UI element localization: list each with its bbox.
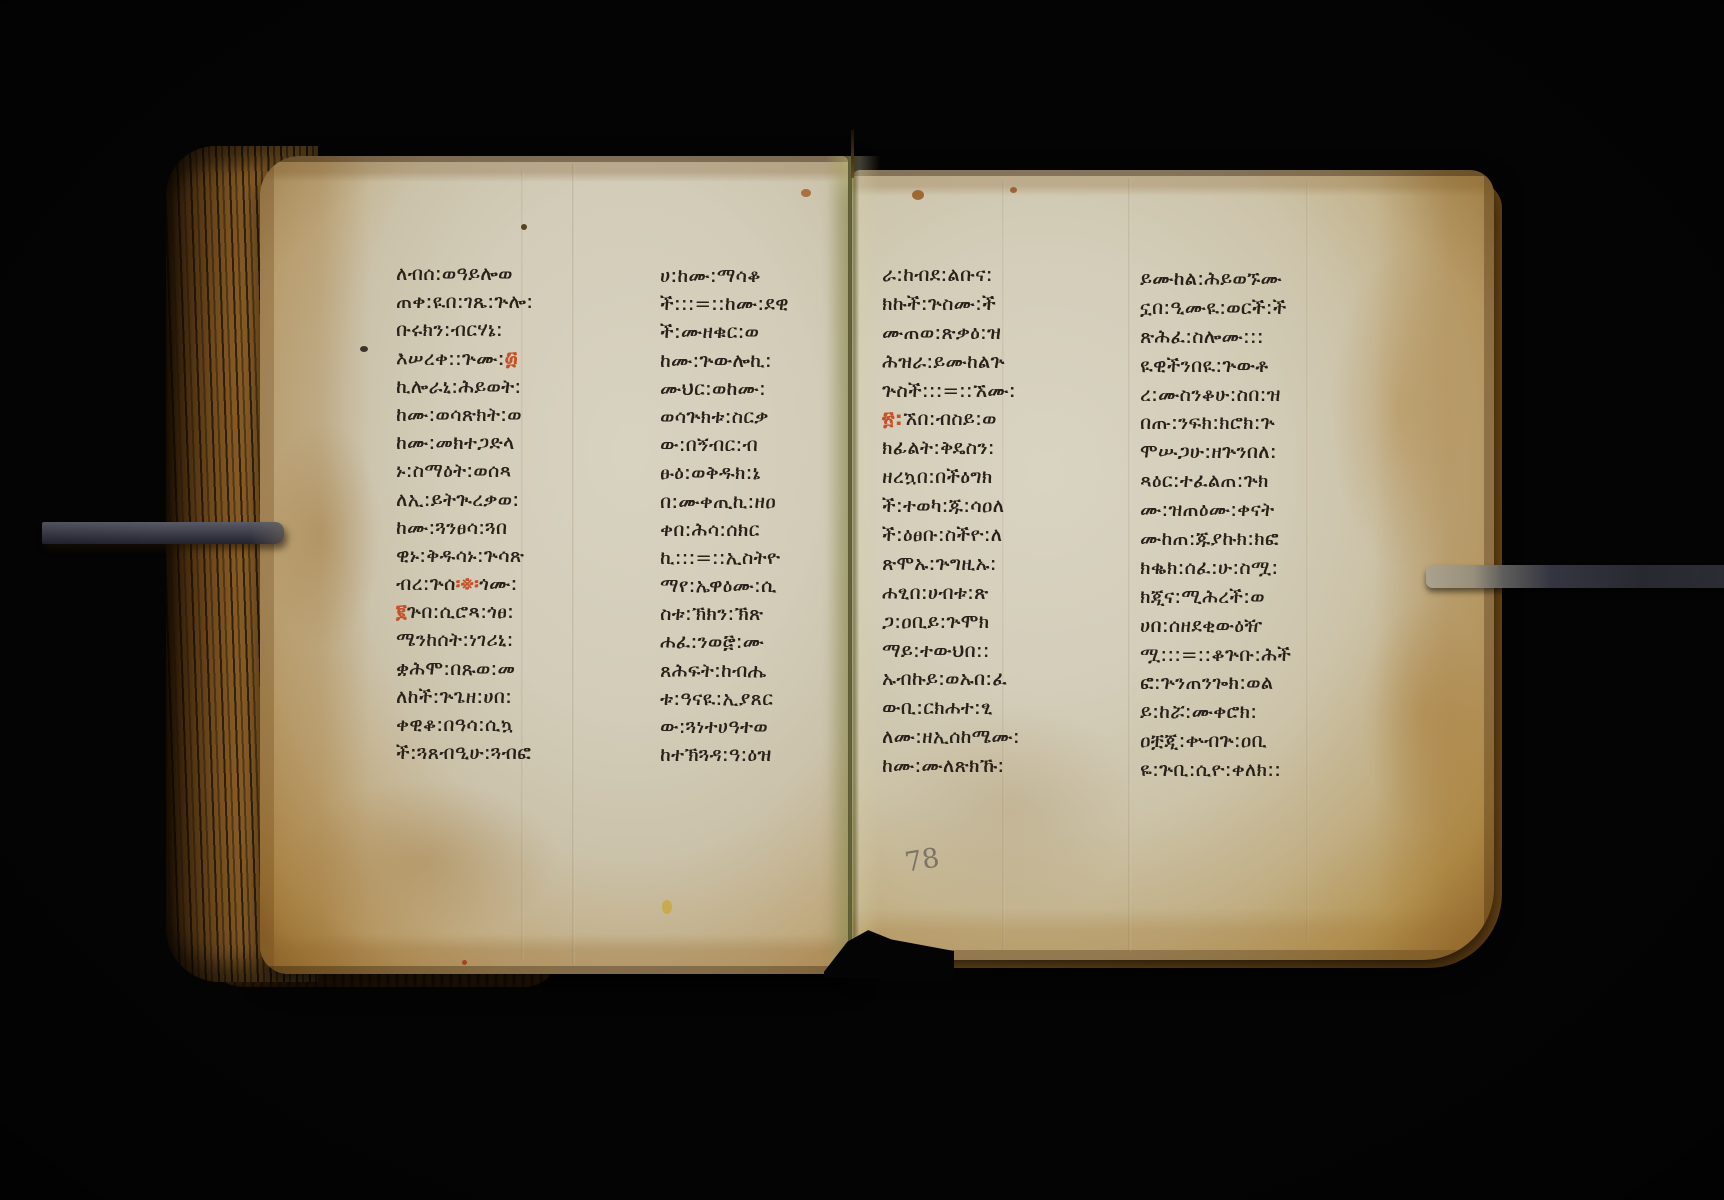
- ink-text: እሠረቀ::ጕሙ:: [396, 348, 505, 370]
- manuscript-text-line: ክኩች:ጕስሙ:ች: [882, 290, 1020, 319]
- manuscript-text-line: ቱ:ዓናዪ:ኢያጸር: [660, 685, 789, 713]
- ink-text: ሀ:ከሙ:ማሳቆ: [660, 265, 761, 287]
- ink-text: ሕዝራ:ይሙከልጕ: [882, 351, 1005, 373]
- manuscript-text-line: ጽሞኡ:ጕግዚኡ:: [882, 550, 1020, 579]
- folio-number-pencil: 78: [903, 843, 942, 879]
- manuscript-column-left-1: ለብሰ:ወዓይሎወጠቀ:ዪበ:ገጼ:ጕሎ:ቡሩክን:ብርሃኔ:እሠረቀ::ጕሙ:…: [396, 260, 533, 767]
- manuscript-text-line: ሐፈ:ንወ፸:ሙ: [660, 628, 789, 656]
- manuscript-text-line: ወሳጕክቱ:ስርቃ: [660, 403, 789, 431]
- ink-text: ማይ:ተውህበ::: [882, 640, 990, 662]
- ink-text: ው:ጓነተሀዓተወ: [660, 716, 768, 738]
- ink-text: ቀዊቆ:በዓሳ:ሲኳ: [396, 714, 513, 736]
- manuscript-text-line: ሀበ:ሰዘደቂውዕዥ: [1140, 612, 1291, 641]
- manuscript-text-line: ኑ:ስማዕት:ወሰጻ: [396, 457, 533, 485]
- manuscript-text-line: ው:ጓነተሀዓተወ: [660, 713, 789, 741]
- manuscript-column-left-2: ሀ:ከሙ:ማሳቆች:::=::ከሙ:ደዊች:ሙዘቁር:ወከሙ:ጕውሎኪ:ሙህር:…: [660, 262, 789, 769]
- ink-text: ቀበ:ሕሳ:ሰክር: [660, 519, 760, 541]
- manuscript-text-line: በጡ:ንፍክ:ክሮክ:ጕ: [1140, 409, 1291, 438]
- manuscript-text-line: እሠረቀ::ጕሙ:፴: [396, 345, 533, 373]
- manuscript-text-line: ቡሩክን:ብርሃኔ:: [396, 316, 533, 344]
- manuscript-text-line: ኪ:::=::ኢስትዮ: [660, 544, 789, 572]
- ink-text: ይ:ከሯ:ሙቀሮክ:: [1140, 701, 1257, 723]
- ink-text: ውቢ:ርክሐተ:ፂ: [882, 697, 993, 719]
- manuscript-text-line: ኗበ:ዒሙዪ:ወርች:ች: [1140, 294, 1291, 323]
- manuscript-text-line: ሙህር:ወከሙ:: [660, 375, 789, 403]
- ink-text: ኡብኩይ:ወኡበ:ፈ: [882, 668, 1007, 690]
- manuscript-text-line: ች:ሙዘቁር:ወ: [660, 318, 789, 346]
- ink-text: ጕበ:ሲሮጻ:ጎፀ:: [407, 601, 514, 623]
- manuscript-column-right-1: ራ:ከብደ:ልቡና:ክኩች:ጕስሙ:ችሙጠወ:ጽቃዕ:ዝሕዝራ:ይሙከልጕጕስች…: [882, 261, 1020, 781]
- ink-text: ሙህር:ወከሙ:: [660, 378, 766, 400]
- ink-text: ክኩች:ጕስሙ:ች: [882, 293, 996, 315]
- ink-text: ከሙ:መክተጋድላ: [396, 432, 515, 454]
- manuscript-text-line: ይሙከል:ሕይወኙሙ: [1140, 265, 1291, 294]
- manuscript-text-line: ኪሎራኒ:ሕይወት:: [396, 373, 533, 401]
- manuscript-text-line: ጋ:ዐቢይ:ጕሞክ: [882, 608, 1020, 637]
- ink-text: ጸሕፍት:ከብሔ: [660, 660, 767, 682]
- ink-text: ረ:ሙስንቆሁ:ስበ:ዝ: [1140, 384, 1281, 406]
- manuscript-text-line: ሕዝራ:ይሙከልጕ: [882, 348, 1020, 377]
- ink-text: ክቈክ:ሰፈ:ሁ:ስሟ:: [1140, 557, 1278, 579]
- ink-text: ለከች:ጕጌዘ:ሀበ:: [396, 686, 512, 708]
- manuscript-text-line: ፁዕ:ወቅዱክ:ኔ: [660, 459, 789, 487]
- manuscript-text-line: ች:ተወካ:ጁ:ሳዐለ: [882, 492, 1020, 521]
- manuscript-text-line: ሙጠወ:ጽቃዕ:ዝ: [882, 319, 1020, 348]
- ink-text: ይሙከል:ሕይወኙሙ: [1140, 268, 1282, 290]
- binding-thread: [851, 130, 854, 178]
- ink-text: ኑ:ስማዕት:ወሰጻ: [396, 460, 511, 482]
- manuscript-column-right-2: ይሙከል:ሕይወኙሙኗበ:ዒሙዪ:ወርች:ችጽሕፈ:ስሎሙ:::ዪዊችንበዪ:ጕ…: [1140, 265, 1291, 785]
- ink-text: ዘረኳበ:በችዕግክ: [882, 466, 992, 488]
- manuscript-text-line: ራ:ከብደ:ልቡና:: [882, 261, 1020, 290]
- manuscript-text-line: ሙ:ዝጠዕሙ:ቀናት: [1140, 496, 1291, 525]
- ink-text: ኗበ:ዒሙዪ:ወርች:ች: [1140, 297, 1287, 319]
- ink-text: ወሳጕክቱ:ስርቃ: [660, 406, 769, 428]
- manuscript-text-line: ፎ:ጕንጠንጐክ:ወል: [1140, 669, 1291, 698]
- manuscript-text-line: ፳:ኧበ:ብስይ:ወ: [882, 405, 1020, 434]
- ink-text: ከሙ:ጓንፀሳ:ጓበ: [396, 517, 507, 539]
- ink-text: ሟ:::=::ቆጕቡ:ሕች: [1140, 644, 1291, 666]
- ink-text: ጻዕር:ተፈልጠ:ጕክ: [1140, 470, 1269, 492]
- manuscript-text-line: ጕስች:::=::ኧሙ:: [882, 377, 1020, 406]
- ink-text: ሀበ:ሰዘደቂውዕዥ: [1140, 615, 1262, 637]
- manuscript-text-line: ብረ:ጕሰ፡፠፡ጎሙ:: [396, 570, 533, 598]
- ink-text: ሙ:ዝጠዕሙ:ቀናት: [1140, 499, 1274, 521]
- manuscript-text-line: ሟ:::=::ቆጕቡ:ሕች: [1140, 641, 1291, 670]
- ink-text: ዬ:ጕቢ:ሲዮ:ቀለክ::: [1140, 759, 1281, 781]
- manuscript-text-line: ከሙ:ጓንፀሳ:ጓበ: [396, 514, 533, 542]
- ink-text: ኪ:::=::ኢስትዮ: [660, 547, 780, 569]
- manuscript-text-line: ሞሡጋሁ:ዘጕንበለ:: [1140, 438, 1291, 467]
- manuscript-text-line: ከሙ:ጕውሎኪ:: [660, 347, 789, 375]
- ink-text: ብረ:ጕሰ: [396, 573, 456, 595]
- manuscript-text-line: ች:::=::ከሙ:ደዊ: [660, 290, 789, 318]
- manuscript-text-line: ረ:ሙስንቆሁ:ስበ:ዝ: [1140, 381, 1291, 410]
- ink-text: ው:በኝብር:ብ: [660, 434, 758, 456]
- ink-text: ፎ:ጕንጠንጐክ:ወል: [1140, 672, 1273, 694]
- manuscript-text-line: ማየ:ኤዋዕሙ:ሲ: [660, 572, 789, 600]
- manuscript-text-line: ች:ጓጸብዒሁ:ጓብፎ: [396, 739, 533, 767]
- manuscript-text-line: ሜንከሰት:ነገሪኒ:: [396, 626, 533, 654]
- ink-text: ች:::=::ከሙ:ደዊ: [660, 293, 789, 315]
- ink-text: ጠቀ:ዪበ:ገጼ:ጕሎ:: [396, 291, 533, 313]
- ink-text: ፁዕ:ወቅዱክ:ኔ: [660, 462, 761, 484]
- ink-text: ሜንከሰት:ነገሪኒ:: [396, 629, 513, 651]
- manuscript-text-line: ቀበ:ሕሳ:ሰክር: [660, 516, 789, 544]
- manuscript-text-line: ይ:ከሯ:ሙቀሮክ:: [1140, 698, 1291, 727]
- rubricated-text: ፪: [396, 601, 407, 623]
- manuscript-text-line: ጽሕፈ:ስሎሙ:::: [1140, 323, 1291, 352]
- ink-text: ጎሙ:: [479, 573, 517, 595]
- manuscript-text-line: ች:ዕፀቡ:ስችዮ:ለ: [882, 521, 1020, 550]
- ink-text: ስቱ:ኽክን:ኽጽ: [660, 603, 763, 625]
- ink-text: ለኢ:ይትጒረቃወ:: [396, 489, 519, 511]
- rubricated-text: ፴: [505, 348, 518, 370]
- ink-text: ሐፂበ:ሀብቱ:ጽ: [882, 582, 988, 604]
- ink-text: ጽሞኡ:ጕግዚኡ:: [882, 553, 997, 575]
- ink-text: ሙከጠ:ጁያኩክ:ክፎ: [1140, 528, 1279, 550]
- manuscript-text-line: ማይ:ተውህበ::: [882, 637, 1020, 666]
- ink-text: ለብሰ:ወዓይሎወ: [396, 263, 513, 285]
- manuscript-text-line: ክጂና:ሚሕረች:ወ: [1140, 583, 1291, 612]
- ink-text: ማየ:ኤዋዕሙ:ሲ: [660, 575, 777, 597]
- manuscript-text-line: ክፊልት:ቅዴስን:: [882, 434, 1020, 463]
- manuscript-text-line: በ:ሙቀጢኪ:ዘዐ: [660, 488, 789, 516]
- manuscript-text-line: ዪዊችንበዪ:ጕውቶ: [1140, 352, 1291, 381]
- manuscript-text-line: ውቢ:ርክሐተ:ፂ: [882, 694, 1020, 723]
- ink-text: ች:ተወካ:ጁ:ሳዐለ: [882, 495, 1004, 517]
- ink-text: ክጂና:ሚሕረች:ወ: [1140, 586, 1265, 608]
- manuscript-text-line: ለኢ:ይትጒረቃወ:: [396, 486, 533, 514]
- ink-text: ች:ጓጸብዒሁ:ጓብፎ: [396, 742, 531, 764]
- ink-text: ራ:ከብደ:ልቡና:: [882, 264, 993, 286]
- manuscript-text-line: ው:በኝብር:ብ: [660, 431, 789, 459]
- manuscript-text-line: ከሙ:ወሳጽክት:ወ: [396, 401, 533, 429]
- ink-text: ዊኑ:ቅዱሳኑ:ጕሳጽ: [396, 545, 524, 567]
- ink-text: ከሙ:ጕውሎኪ:: [660, 350, 772, 372]
- ink-text: ኧበ:ብስይ:ወ: [903, 408, 997, 430]
- ink-text: በ:ሙቀጢኪ:ዘዐ: [660, 491, 776, 513]
- manuscript-text-line: ከሙ:ሙለጽክኹ:: [882, 752, 1020, 781]
- ink-text: ቱ:ዓናዪ:ኢያጸር: [660, 688, 773, 710]
- ink-text: ቋሕሞ:በጹወ:መ: [396, 658, 515, 680]
- manuscript-text-line: ስቱ:ኽክን:ኽጽ: [660, 600, 789, 628]
- manuscript-text-line: ከተኽጓዳ:ዓ:ዕዝ: [660, 741, 789, 769]
- manuscript-text-line: ኡብኩይ:ወኡበ:ፈ: [882, 665, 1020, 694]
- ink-text: ጋ:ዐቢይ:ጕሞክ: [882, 611, 989, 633]
- ink-text: ከሙ:ወሳጽክት:ወ: [396, 404, 522, 426]
- manuscript-text-line: ዬ:ጕቢ:ሲዮ:ቀለክ::: [1140, 756, 1291, 785]
- manuscript-text-line: ለከች:ጕጌዘ:ሀበ:: [396, 683, 533, 711]
- ink-text: ጕስች:::=::ኧሙ:: [882, 380, 1016, 402]
- manuscript-text-line: ለሙ:ዘኢሰከሜሙ:: [882, 723, 1020, 752]
- rubricated-text: ፳:: [882, 408, 903, 430]
- manuscript-text-line: ቀዊቆ:በዓሳ:ሲኳ: [396, 711, 533, 739]
- metal-strip-right: [1426, 565, 1724, 588]
- manuscript-text-line: ዐቿጂ:ቍብጕ:ዐቢ: [1140, 727, 1291, 756]
- ink-text: ከተኽጓዳ:ዓ:ዕዝ: [660, 744, 771, 766]
- manuscript-text-line: ጠቀ:ዪበ:ገጼ:ጕሎ:: [396, 288, 533, 316]
- ink-text: ከሙ:ሙለጽክኹ:: [882, 755, 1004, 777]
- ink-text: በጡ:ንፍክ:ክሮክ:ጕ: [1140, 412, 1275, 434]
- ink-text: ዪዊችንበዪ:ጕውቶ: [1140, 355, 1268, 377]
- metal-strip-left: [42, 522, 284, 544]
- ink-text: ች:ሙዘቁር:ወ: [660, 321, 759, 343]
- manuscript-text-line: ለብሰ:ወዓይሎወ: [396, 260, 533, 288]
- ink-text: ክፊልት:ቅዴስን:: [882, 437, 995, 459]
- ink-text: ኪሎራኒ:ሕይወት:: [396, 376, 521, 398]
- manuscript-text-line: ጻዕር:ተፈልጠ:ጕክ: [1140, 467, 1291, 496]
- manuscript-text-line: ዘረኳበ:በችዕግክ: [882, 463, 1020, 492]
- ink-text: ች:ዕፀቡ:ስችዮ:ለ: [882, 524, 1002, 546]
- ink-text: ቡሩክን:ብርሃኔ:: [396, 319, 503, 341]
- manuscript-text-line: ሐፂበ:ሀብቱ:ጽ: [882, 579, 1020, 608]
- ink-text: ሐፈ:ንወ፸:ሙ: [660, 631, 764, 653]
- manuscript-text-line: ፪ጕበ:ሲሮጻ:ጎፀ:: [396, 598, 533, 626]
- manuscript-text-line: ከሙ:መክተጋድላ: [396, 429, 533, 457]
- manuscript-text-line: ሙከጠ:ጁያኩክ:ክፎ: [1140, 525, 1291, 554]
- ink-text: ሙጠወ:ጽቃዕ:ዝ: [882, 322, 1001, 344]
- ink-text: ጽሕፈ:ስሎሙ:::: [1140, 326, 1264, 348]
- rubricated-text: ፡፠፡: [456, 573, 479, 595]
- manuscript-text-line: ሀ:ከሙ:ማሳቆ: [660, 262, 789, 290]
- manuscript-text-line: ዊኑ:ቅዱሳኑ:ጕሳጽ: [396, 542, 533, 570]
- manuscript-text-line: ክቈክ:ሰፈ:ሁ:ስሟ:: [1140, 554, 1291, 583]
- ink-text: ሞሡጋሁ:ዘጕንበለ:: [1140, 441, 1277, 463]
- photo-black-background: ለብሰ:ወዓይሎወጠቀ:ዪበ:ገጼ:ጕሎ:ቡሩክን:ብርሃኔ:እሠረቀ::ጕሙ:…: [0, 0, 1724, 1200]
- manuscript-text-line: ጸሕፍት:ከብሔ: [660, 657, 789, 685]
- ink-text: ለሙ:ዘኢሰከሜሙ:: [882, 726, 1020, 748]
- manuscript-text-line: ቋሕሞ:በጹወ:መ: [396, 655, 533, 683]
- ink-text: ዐቿጂ:ቍብጕ:ዐቢ: [1140, 730, 1267, 752]
